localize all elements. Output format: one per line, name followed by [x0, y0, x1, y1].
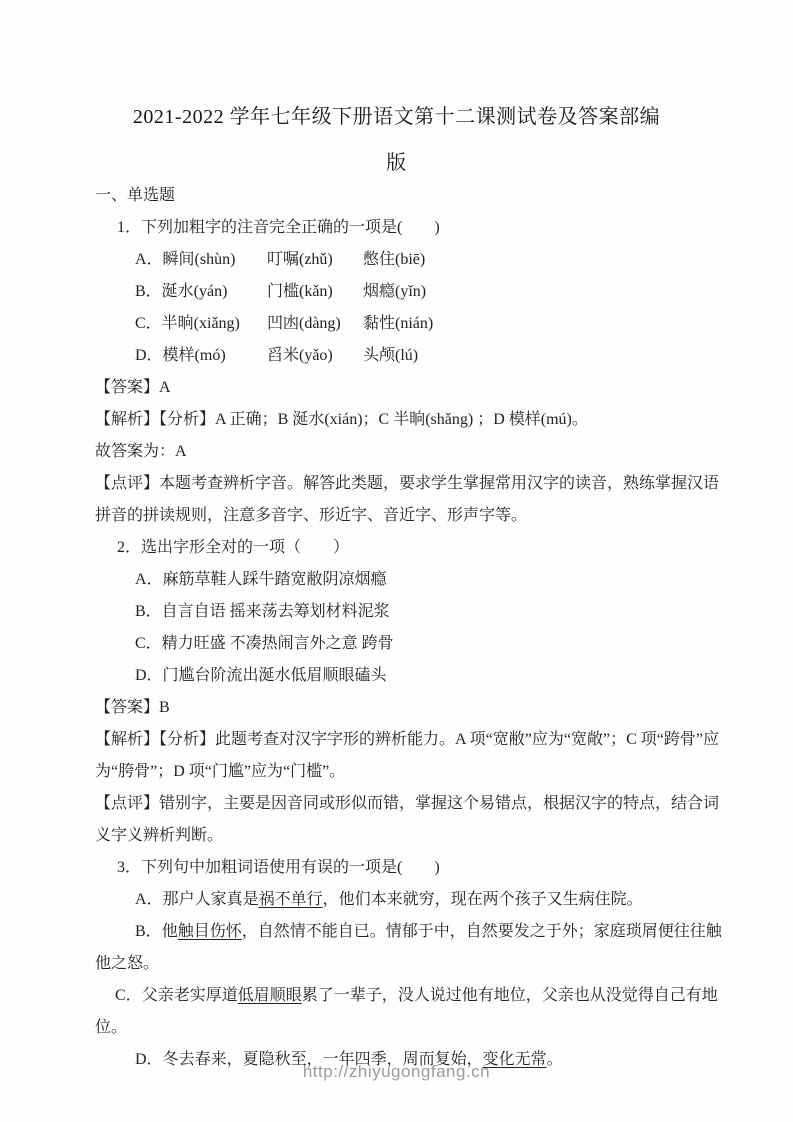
q3-b-label: B．	[135, 923, 162, 940]
document-title: 2021-2022 学年七年级下册语文第十二课测试卷及答案部编 版	[55, 94, 738, 186]
q1-comment: 【点评】本题考查辨析字音。解答此类题，要求学生掌握常用汉字的读音，熟练掌握汉语拼…	[95, 468, 733, 532]
q3-b-text-pre: 他	[162, 923, 178, 940]
q1-b-word-2: 门槛(kǎn)	[267, 276, 363, 308]
q1-a-word-1: A．瞬间(shùn)	[135, 244, 267, 276]
q1-conclusion: 故答案为：A	[95, 436, 733, 468]
document-body: 一、单选题 1．下列加粗字的注音完全正确的一项是( ) A．瞬间(shùn) 叮…	[95, 180, 733, 1076]
q1-stem: 1．下列加粗字的注音完全正确的一项是( )	[117, 212, 733, 244]
q1-a-word-2: 叮嘱(zhǔ)	[267, 244, 363, 276]
document-page: 2021-2022 学年七年级下册语文第十二课测试卷及答案部编 版 一、单选题 …	[0, 0, 793, 1122]
q1-d-word-2: 舀米(yǎo)	[267, 340, 363, 372]
title-line-1: 2021-2022 学年七年级下册语文第十二课测试卷及答案部编	[55, 94, 738, 140]
q2-option-d: D．门尴台阶流出涎水低眉顺眼磕头	[135, 660, 733, 692]
q2-comment: 【点评】错别字，主要是因音同或形似而错，掌握这个易错点，根据汉字的特点，结合词义…	[95, 788, 733, 852]
q1-option-d: D．模样(mó) 舀米(yǎo) 头颅(lú)	[135, 340, 733, 372]
q2-stem: 2．选出字形全对的一项（ ）	[117, 532, 733, 564]
q1-d-word-1: D．模样(mó)	[135, 340, 267, 372]
q2-analysis: 【解析】【分析】此题考查对汉字字形的辨析能力。A 项“宽敝”应为“宽敞”；C 项…	[95, 724, 733, 788]
q3-a-bold-phrase: 祸不单行	[259, 891, 323, 908]
q1-b-word-1: B．涎水(yán)	[135, 276, 267, 308]
q3-stem: 3．下列句中加粗词语使用有误的一项是( )	[117, 852, 733, 884]
q3-option-b: B．他触目伤怀，自然情不能自已。情郁于中，自然要发之于外；家庭琐屑便往往触他之怒…	[95, 916, 733, 980]
q3-a-label: A．	[135, 891, 163, 908]
q1-option-a: A．瞬间(shùn) 叮嘱(zhǔ) 憋住(biē)	[135, 244, 733, 276]
q3-c-bold-phrase: 低眉顺眼	[238, 987, 302, 1004]
q1-option-b: B．涎水(yán) 门槛(kǎn) 烟瘾(yǐn)	[135, 276, 733, 308]
q3-c-text-pre: 父亲老实厚道	[142, 987, 238, 1004]
q2-answer: 【答案】B	[95, 692, 733, 724]
q3-b-bold-phrase: 触目伤怀	[178, 923, 242, 940]
q1-option-c: C．半晌(xiǎng) 凹凼(dàng) 黏性(nián)	[135, 308, 733, 340]
q1-d-word-3: 头颅(lú)	[363, 340, 733, 372]
q1-c-word-1: C．半晌(xiǎng)	[135, 308, 267, 340]
q2-option-c: C．精力旺盛 不凑热闹言外之意 跨骨	[135, 628, 733, 660]
watermark-url: http://zhiyugongfang.cn	[0, 1062, 793, 1082]
q3-option-c: C．父亲老实厚道低眉顺眼累了一辈子，没人说过他有地位，父亲也从没觉得自己有地位。	[95, 980, 733, 1044]
section-heading: 一、单选题	[95, 180, 733, 212]
q3-c-label: C．	[115, 987, 142, 1004]
q1-c-word-3: 黏性(nián)	[363, 308, 733, 340]
q2-option-b: B．自言自语 摇来荡去筹划材料泥浆	[135, 596, 733, 628]
q1-a-word-3: 憋住(biē)	[363, 244, 733, 276]
q1-analysis: 【解析】【分析】A 正确；B 涎水(xián)；C 半晌(shǎng) ；D 模…	[95, 404, 733, 436]
q1-c-word-2: 凹凼(dàng)	[267, 308, 363, 340]
q1-answer: 【答案】A	[95, 372, 733, 404]
q3-a-text-pre: 那户人家真是	[163, 891, 259, 908]
q3-option-a: A．那户人家真是祸不单行，他们本来就穷，现在两个孩子又生病住院。	[95, 884, 733, 916]
q2-option-a: A．麻筋草鞋人踩牛踏宽敝阴凉烟瘾	[135, 564, 733, 596]
q3-a-text-post: ，他们本来就穷，现在两个孩子又生病住院。	[323, 891, 643, 908]
q1-b-word-3: 烟瘾(yǐn)	[363, 276, 733, 308]
